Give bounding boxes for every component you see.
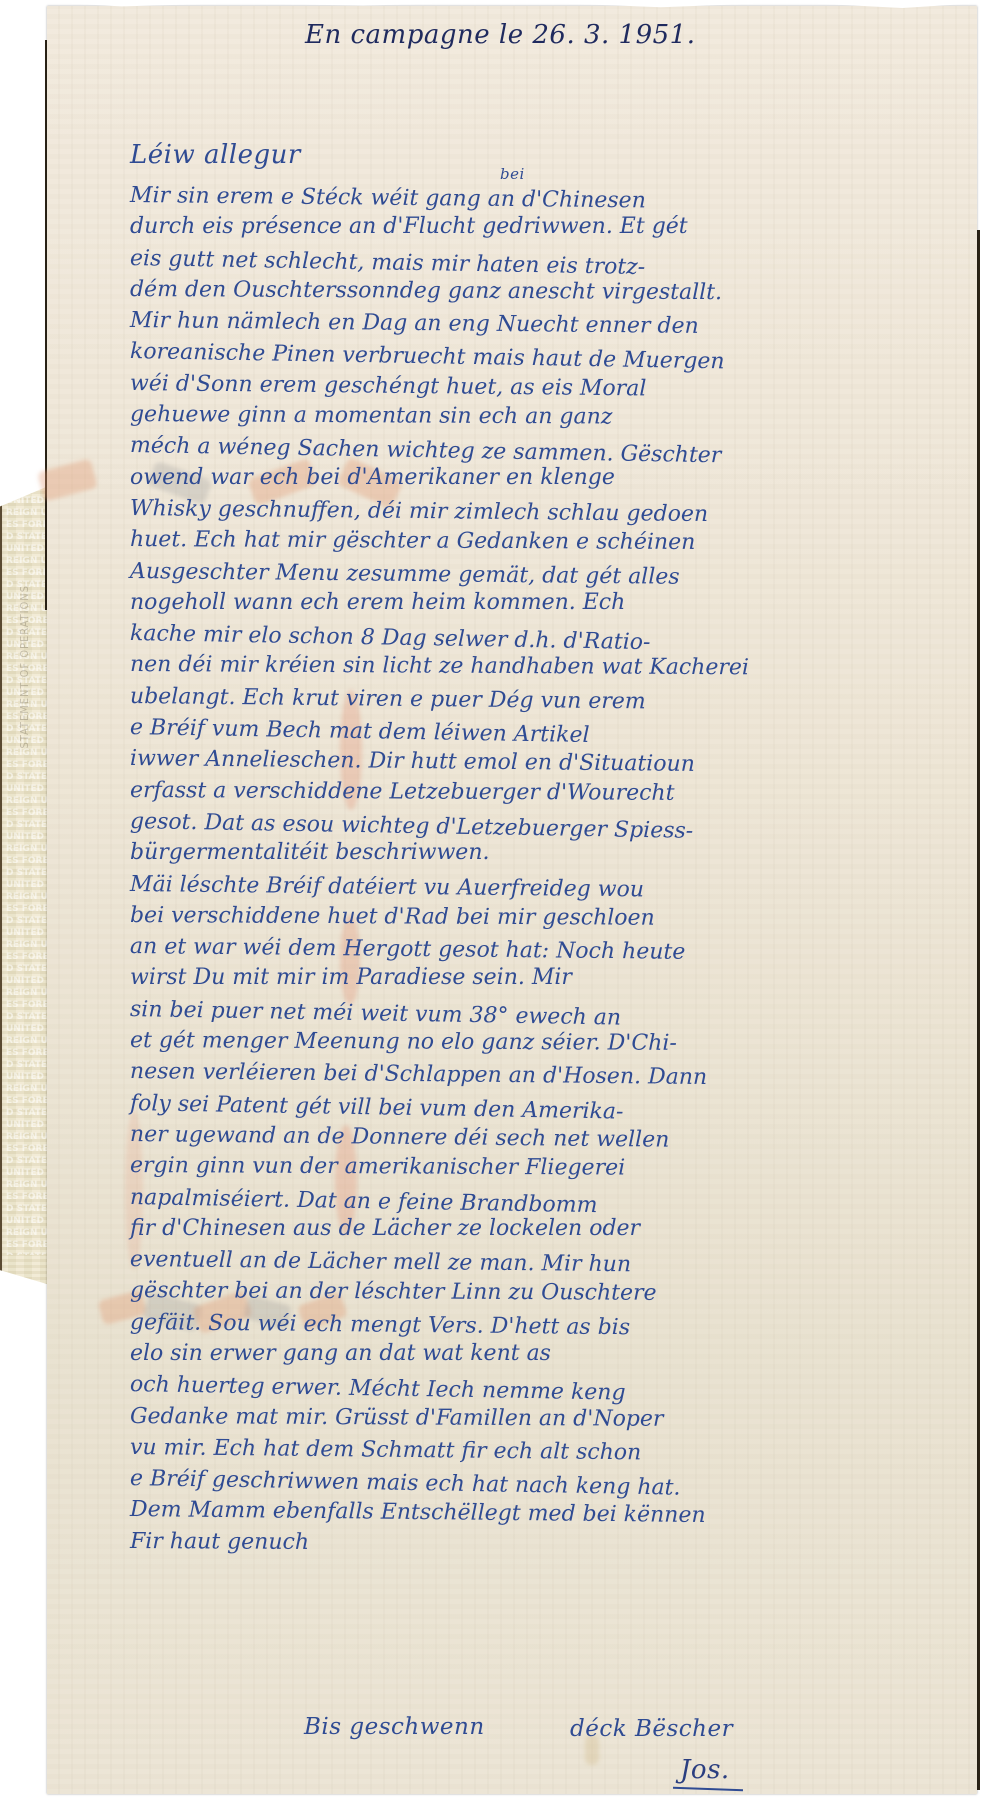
letter-line: Gedanke mat mir. Grüsst d'Famillen an d'… [130,1401,960,1437]
letter-line: bei verschiddene huet d'Rad bei mir gesc… [130,900,960,936]
letter-line: huet. Ech hat mir gëschter a Gedanken e … [130,524,960,560]
letter-line: gehuewe ginn a momentan sin ech an ganz [130,399,960,435]
letter-line: et gét menger Meenung no elo ganz séier.… [130,1025,960,1061]
letter-closing-greeting: déck Bëscher [570,1716,733,1742]
signature: Jos. [680,1755,730,1785]
letter-body: Mir sin erem e Stéck wéit gang an d'Chin… [130,180,960,1557]
letter-line: dém den Ouschterssonndeg ganz anescht vi… [130,274,960,310]
letter-line: erfasst a verschiddene Letzebuerger d'Wo… [130,775,960,811]
envelope-watermark: STATEMENT OF OPERATIONS [18,585,31,748]
letter-salutation: Léiw allegur [130,140,301,170]
letter-closing: Bis geschwenn [304,1714,485,1740]
letter-line: ergin ginn vun der amerikanischer Fliege… [130,1150,960,1186]
letter-date: En campagne le 26. 3. 1951. [305,20,695,50]
letter-line: gëschter bei an der léschter Linn zu Ous… [130,1275,960,1311]
letter-line: nen déi mir kréien sin licht ze handhabe… [130,649,960,685]
letter-line: Fir haut genuch [130,1526,960,1562]
